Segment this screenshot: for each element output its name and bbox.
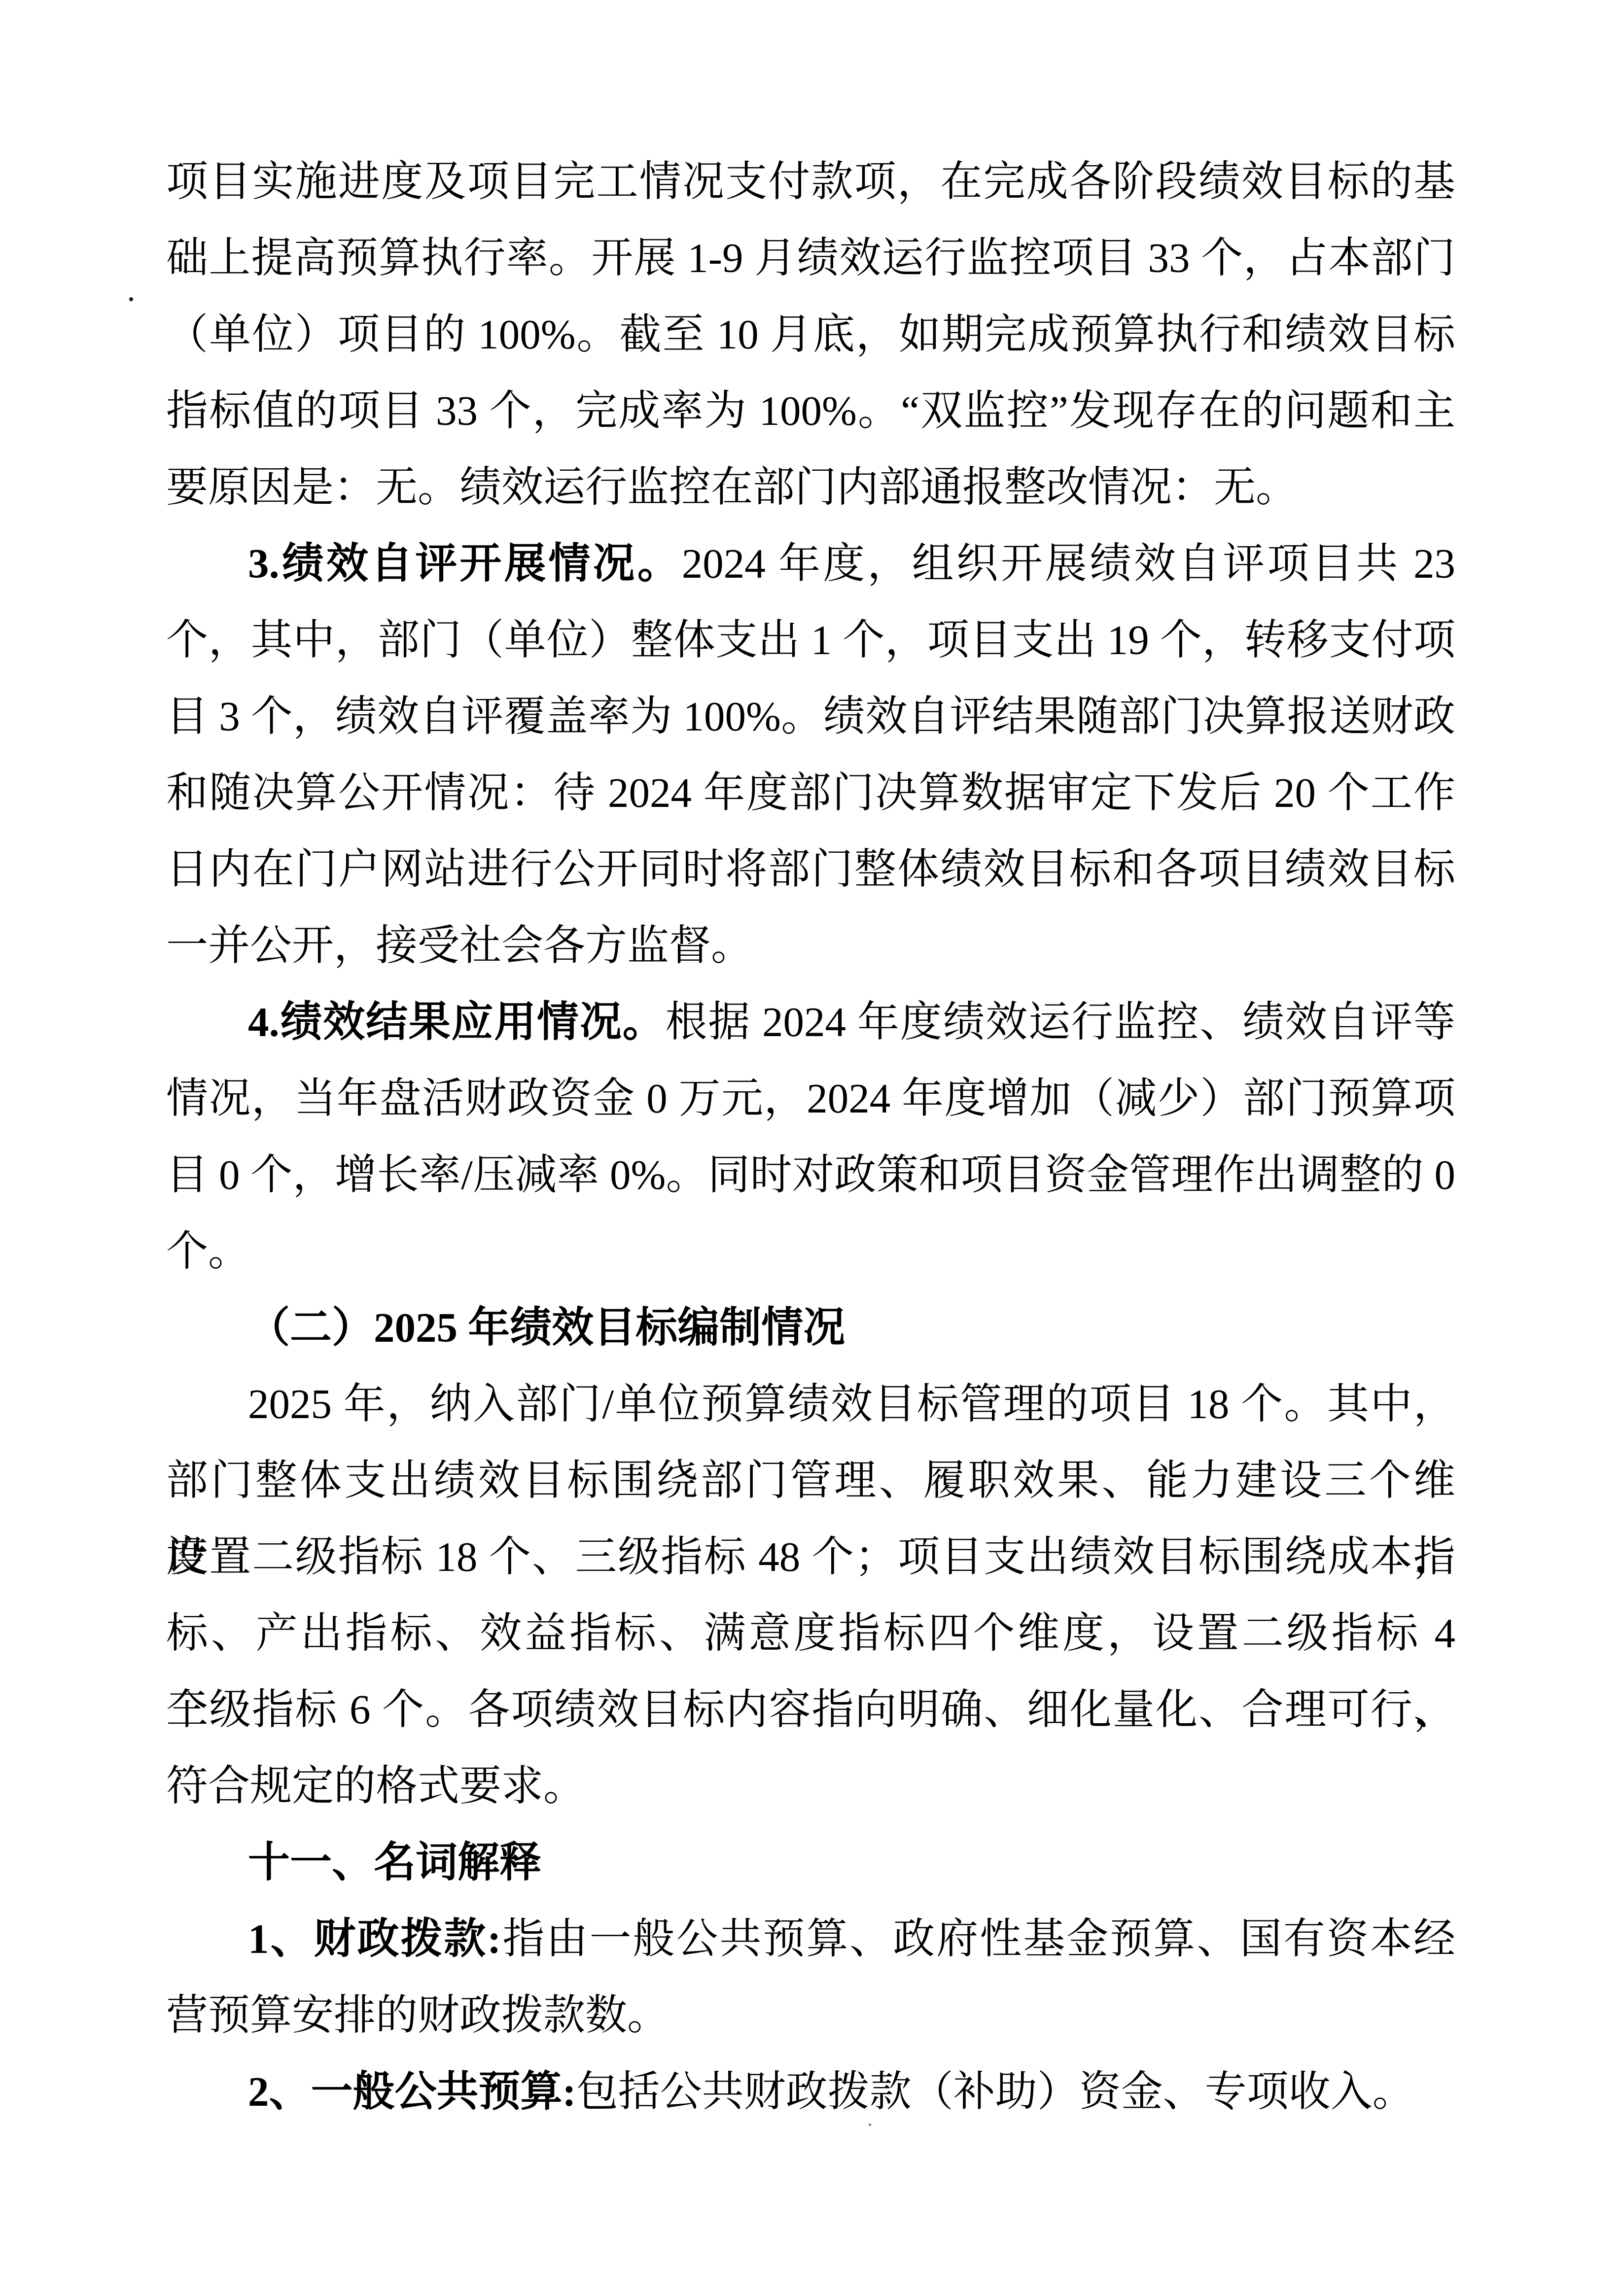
text-line: 4.绩效结果应用情况。根据 2024 年度绩效运行监控、绩效自评等 xyxy=(166,984,1455,1061)
text-line: 目 3 个，绩效自评覆盖率为 100%。绩效自评结果随部门决算报送财政 xyxy=(166,679,1455,755)
text-segment: 设置二级指标 18 个、三级指标 48 个；项目支出绩效目标围绕成本指 xyxy=(166,1534,1455,1580)
text-segment: 符合规定的格式要求。 xyxy=(166,1763,585,1809)
text-segment: 2025 年，纳入部门/单位预算绩效目标管理的项目 18 个。其中， xyxy=(248,1381,1455,1427)
text-line: （单位）项目的 100%。截至 10 月底，如期完成预算执行和绩效目标 xyxy=(166,297,1455,373)
text-line: 3.绩效自评开展情况。2024 年度，组织开展绩效自评项目共 23 xyxy=(166,526,1455,602)
text-line: 部门整体支出绩效目标围绕部门管理、履职效果、能力建设三个维度， xyxy=(166,1443,1455,1519)
text-segment-bold: 1、财政拨款: xyxy=(248,1916,501,1962)
text-segment-bold: 3.绩效自评开展情况。 xyxy=(248,541,682,587)
text-segment: 日内在门户网站进行公开同时将部门整体绩效目标和各项目绩效目标 xyxy=(166,846,1455,893)
scan-speck xyxy=(869,2123,871,2126)
text-segment: 要原因是：无。绩效运行监控在部门内部通报整改情况：无。 xyxy=(166,464,1298,511)
text-line: 2025 年，纳入部门/单位预算绩效目标管理的项目 18 个。其中， xyxy=(166,1366,1455,1443)
text-segment: 营预算安排的财政拨款数。 xyxy=(166,1992,669,2039)
text-line: 1、财政拨款:指由一般公共预算、政府性基金预算、国有资本经 xyxy=(166,1901,1455,1978)
text-line: 础上提高预算执行率。开展 1-9 月绩效运行监控项目 33 个，占本部门 xyxy=(166,220,1455,297)
text-segment: 目 0 个，增长率/压减率 0%。同时对政策和项目资金管理作出调整的 0 xyxy=(166,1152,1455,1198)
text-segment: 情况，当年盘活财政资金 0 万元，2024 年度增加（减少）部门预算项 xyxy=(166,1076,1455,1122)
text-line: （二）2025 年绩效目标编制情况 xyxy=(166,1290,1455,1366)
text-segment: 指标值的项目 33 个，完成率为 100%。“双监控”发现存在的问题和主 xyxy=(166,388,1455,434)
text-line: 设置二级指标 18 个、三级指标 48 个；项目支出绩效目标围绕成本指 xyxy=(166,1519,1455,1596)
text-segment-bold: 4.绩效结果应用情况。 xyxy=(248,999,665,1045)
text-segment-bold: 2、一般公共预算: xyxy=(248,2069,576,2115)
text-line: 2、一般公共预算:包括公共财政拨款（补助）资金、专项收入。 xyxy=(166,2054,1455,2130)
text-segment: 三级指标 6 个。各项绩效目标内容指向明确、细化量化、合理可行， xyxy=(166,1687,1455,1733)
text-line: 营预算安排的财政拨款数。 xyxy=(166,1978,1455,2054)
text-line: 指标值的项目 33 个，完成率为 100%。“双监控”发现存在的问题和主 xyxy=(166,373,1455,450)
text-line: 个。 xyxy=(166,1214,1455,1290)
text-line: 日内在门户网站进行公开同时将部门整体绩效目标和各项目绩效目标 xyxy=(166,832,1455,908)
text-line: 十一、名词解释 xyxy=(166,1825,1455,1901)
text-line: 和随决算公开情况：待 2024 年度部门决算数据审定下发后 20 个工作 xyxy=(166,755,1455,832)
text-segment: 个，其中，部门（单位）整体支出 1 个，项目支出 19 个，转移支付项 xyxy=(166,617,1455,663)
scan-speck xyxy=(129,297,133,301)
text-line: 要原因是：无。绩效运行监控在部门内部通报整改情况：无。 xyxy=(166,450,1455,526)
text-segment: 项目实施进度及项目完工情况支付款项，在完成各阶段绩效目标的基 xyxy=(166,159,1455,205)
text-segment: 根据 2024 年度绩效运行监控、绩效自评等 xyxy=(665,999,1455,1045)
document-text-block: 项目实施进度及项目完工情况支付款项，在完成各阶段绩效目标的基础上提高预算执行率。… xyxy=(166,144,1455,2130)
document-page: 项目实施进度及项目完工情况支付款项，在完成各阶段绩效目标的基础上提高预算执行率。… xyxy=(0,0,1621,2296)
text-segment: 和随决算公开情况：待 2024 年度部门决算数据审定下发后 20 个工作 xyxy=(166,770,1455,816)
text-line: 目 0 个，增长率/压减率 0%。同时对政策和项目资金管理作出调整的 0 xyxy=(166,1137,1455,1214)
text-segment-bold: 十一、名词解释 xyxy=(248,1840,541,1886)
text-segment: 础上提高预算执行率。开展 1-9 月绩效运行监控项目 33 个，占本部门 xyxy=(166,235,1455,281)
text-segment-bold: （二）2025 年绩效目标编制情况 xyxy=(248,1305,845,1351)
text-line: 情况，当年盘活财政资金 0 万元，2024 年度增加（减少）部门预算项 xyxy=(166,1061,1455,1137)
text-line: 标、产出指标、效益指标、满意度指标四个维度，设置二级指标 4 个、 xyxy=(166,1596,1455,1672)
text-line: 个，其中，部门（单位）整体支出 1 个，项目支出 19 个，转移支付项 xyxy=(166,602,1455,679)
text-segment: 指由一般公共预算、政府性基金预算、国有资本经 xyxy=(501,1916,1455,1962)
text-segment: （单位）项目的 100%。截至 10 月底，如期完成预算执行和绩效目标 xyxy=(166,312,1455,358)
text-line: 一并公开，接受社会各方监督。 xyxy=(166,908,1455,984)
text-line: 三级指标 6 个。各项绩效目标内容指向明确、细化量化、合理可行， xyxy=(166,1672,1455,1748)
text-segment: 一并公开，接受社会各方监督。 xyxy=(166,923,753,969)
text-line: 符合规定的格式要求。 xyxy=(166,1748,1455,1825)
text-segment: 个。 xyxy=(166,1228,250,1275)
text-segment: 包括公共财政拨款（补助）资金、专项收入。 xyxy=(576,2069,1414,2115)
text-segment: 2024 年度，组织开展绩效自评项目共 23 xyxy=(682,541,1455,587)
text-line: 项目实施进度及项目完工情况支付款项，在完成各阶段绩效目标的基 xyxy=(166,144,1455,220)
text-segment: 目 3 个，绩效自评覆盖率为 100%。绩效自评结果随部门决算报送财政 xyxy=(166,694,1455,740)
